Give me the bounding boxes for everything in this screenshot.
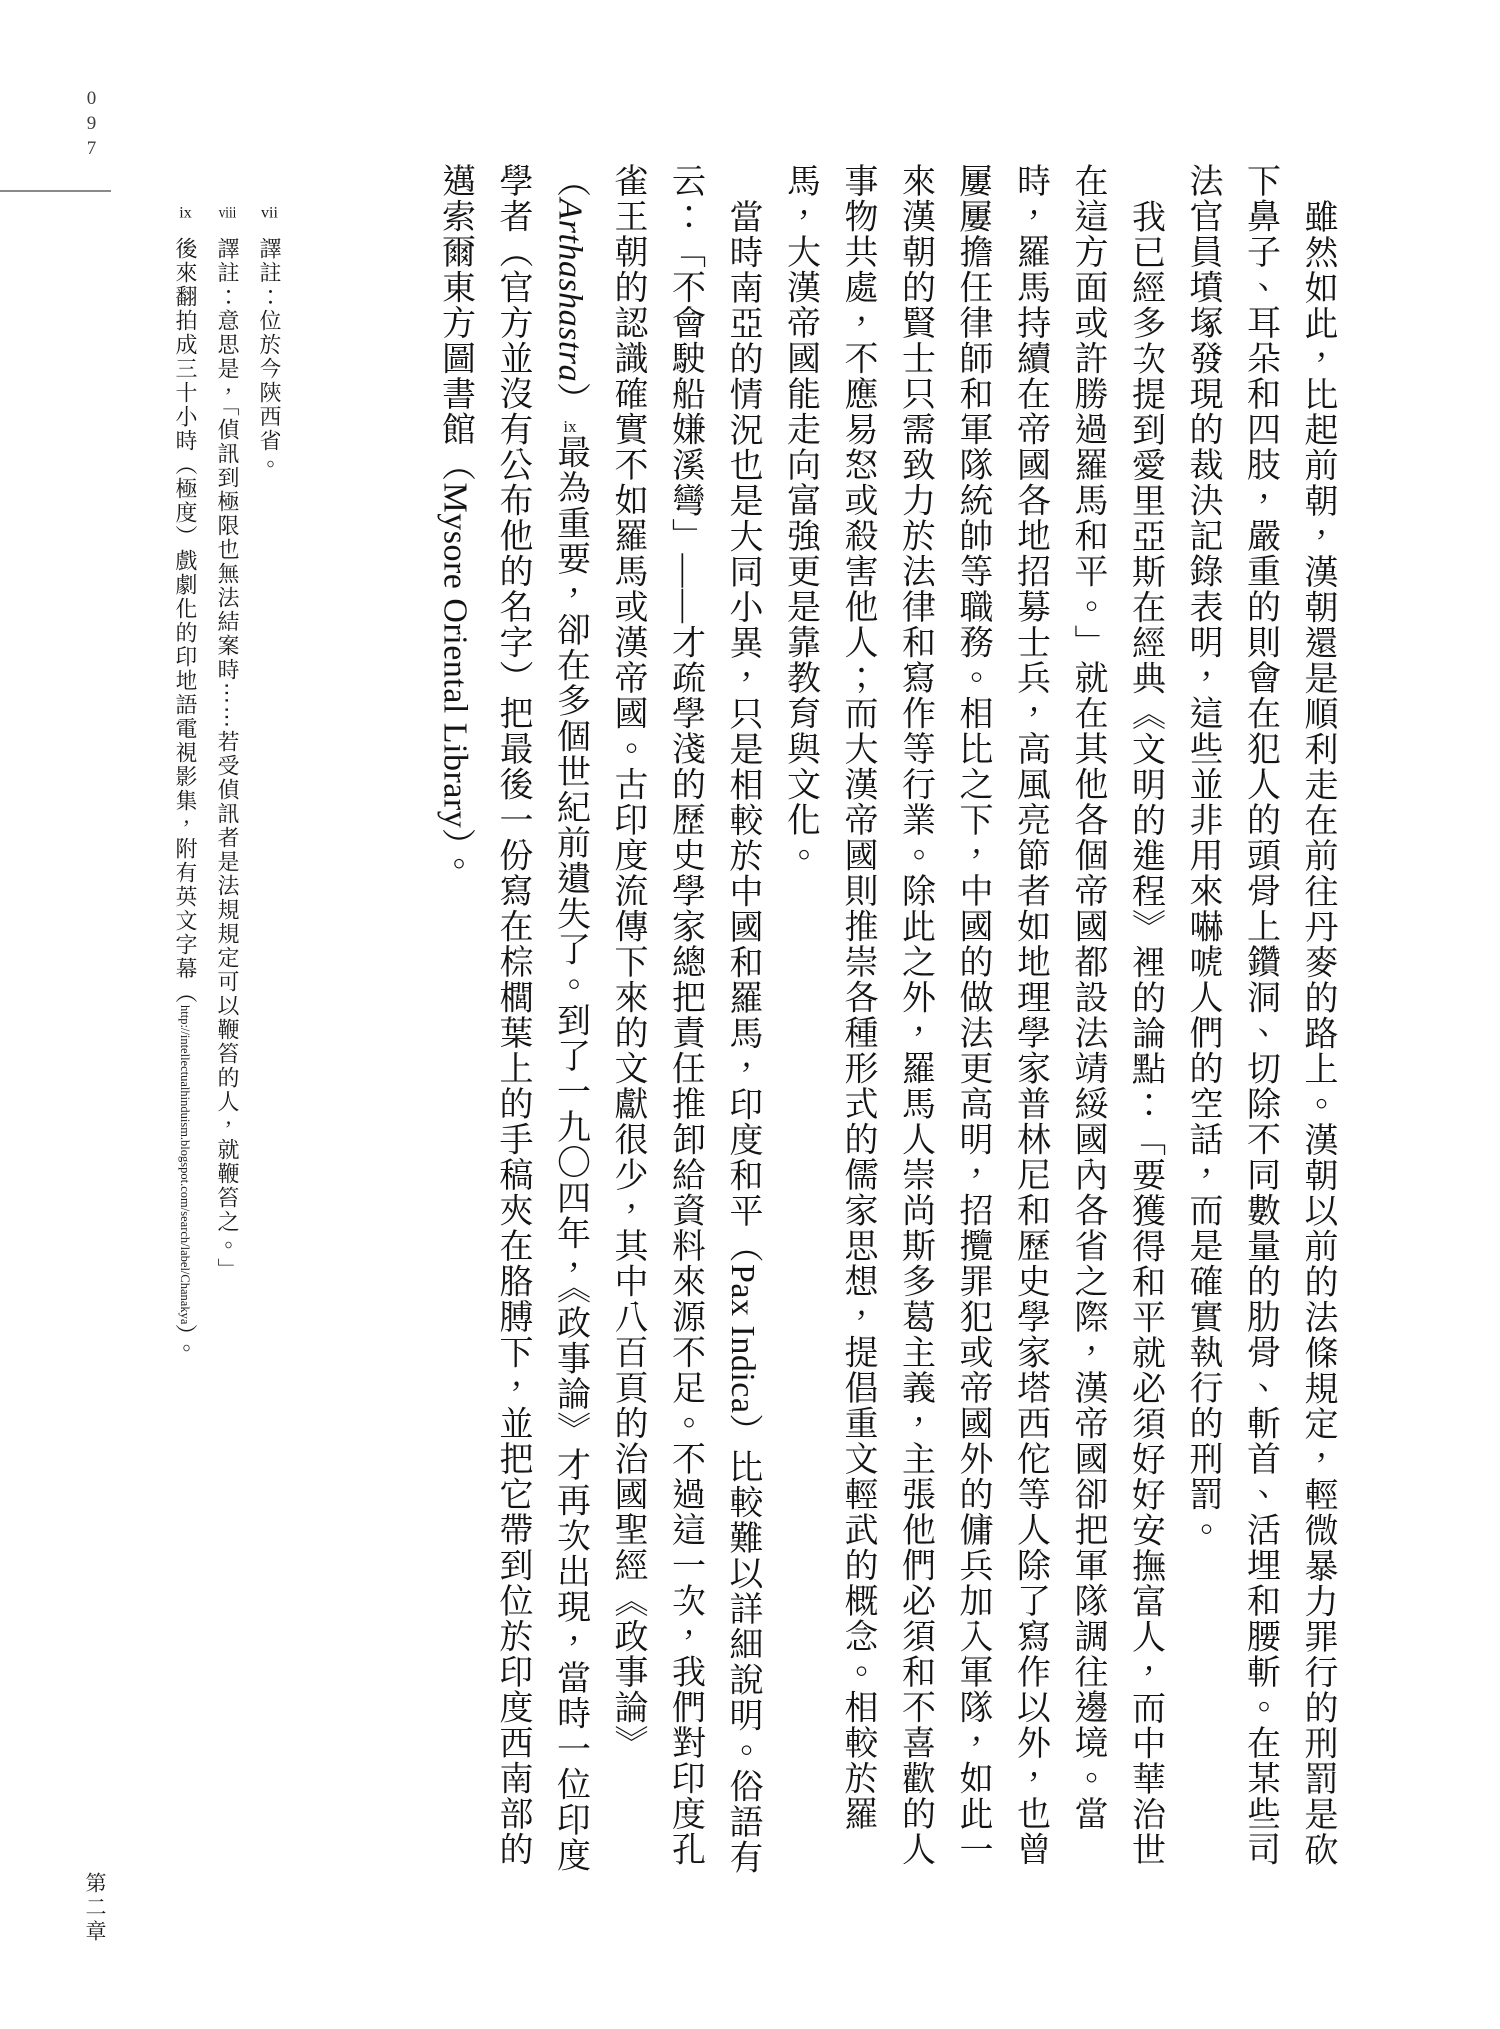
paragraph-1: 雖然如此，比起前朝，漢朝還是順利走在前往丹麥的路上。漢朝以前的法條規定，輕微暴力… [1174, 163, 1347, 1879]
paragraph-3-text: ） [552, 382, 589, 418]
latin-mysore-oriental-library: Mysore Oriental Library [437, 483, 474, 829]
paragraph-3-text: ）。 [437, 828, 474, 882]
footnote-viii: viii譯註：意思是，「偵訊到極限也無法結案時⋯⋯若受偵訊者是法規規定可以鞭笞的… [206, 205, 248, 1955]
footnote-ref-ix: ix [561, 418, 580, 435]
paragraph-2: 我已經多次提到愛里亞斯在經典《文明的進程》裡的論點：「要獲得和平就必須好好安撫富… [771, 163, 1174, 1879]
footnote-ix: ix後來翻拍成三十小時（極度）戲劇化的印地語電視影集，附有英文字幕（http:/… [164, 205, 206, 1955]
footnote-ix-text: 後來翻拍成三十小時（極度）戲劇化的印地語電視影集，附有英文字幕（ [173, 237, 198, 1005]
footnote-viii-label: viii [219, 205, 236, 237]
main-text-block: 雖然如此，比起前朝，漢朝還是順利走在前往丹麥的路上。漢朝以前的法條規定，輕微暴力… [246, 163, 1346, 1879]
latin-arthashastra: Arthashastra [552, 199, 589, 383]
footnote-ix-url: http://intellectualhinduism.blogspot.com… [178, 1005, 192, 1324]
footnote-vii-text: 譯註：位於今陝西省。 [257, 237, 282, 477]
footnote-viii-text: 譯註：意思是，「偵訊到極限也無法結案時⋯⋯若受偵訊者是法規規定可以鞭笞的人，就鞭… [215, 237, 240, 1282]
footnote-vii: vii譯註：位於今陝西省。 [248, 205, 290, 1955]
footnote-ix-text-after: ）。 [173, 1324, 198, 1361]
page-number: 097 [80, 88, 102, 163]
footnote-vii-label: vii [261, 205, 278, 237]
header-rule [0, 190, 111, 192]
paragraph-3: 當時南亞的情況也是大同小異，只是相較於中國和羅馬，印度和平（Pax Indica… [426, 163, 771, 1879]
book-page: 097 雖然如此，比起前朝，漢朝還是順利走在前往丹麥的路上。漢朝以前的法條規定，… [0, 0, 1500, 2029]
paragraph-3-text: 當時南亞的情況也是大同小異，只是相較於中國和羅馬，印度和平（ [724, 199, 761, 1264]
chapter-marker: 第二章 [80, 1872, 110, 1944]
footnotes-block: vii譯註：位於今陝西省。 viii譯註：意思是，「偵訊到極限也無法結案時⋯⋯若… [110, 205, 290, 1955]
latin-pax-indica: Pax Indica [724, 1264, 761, 1413]
footnote-ix-label: ix [177, 205, 194, 237]
